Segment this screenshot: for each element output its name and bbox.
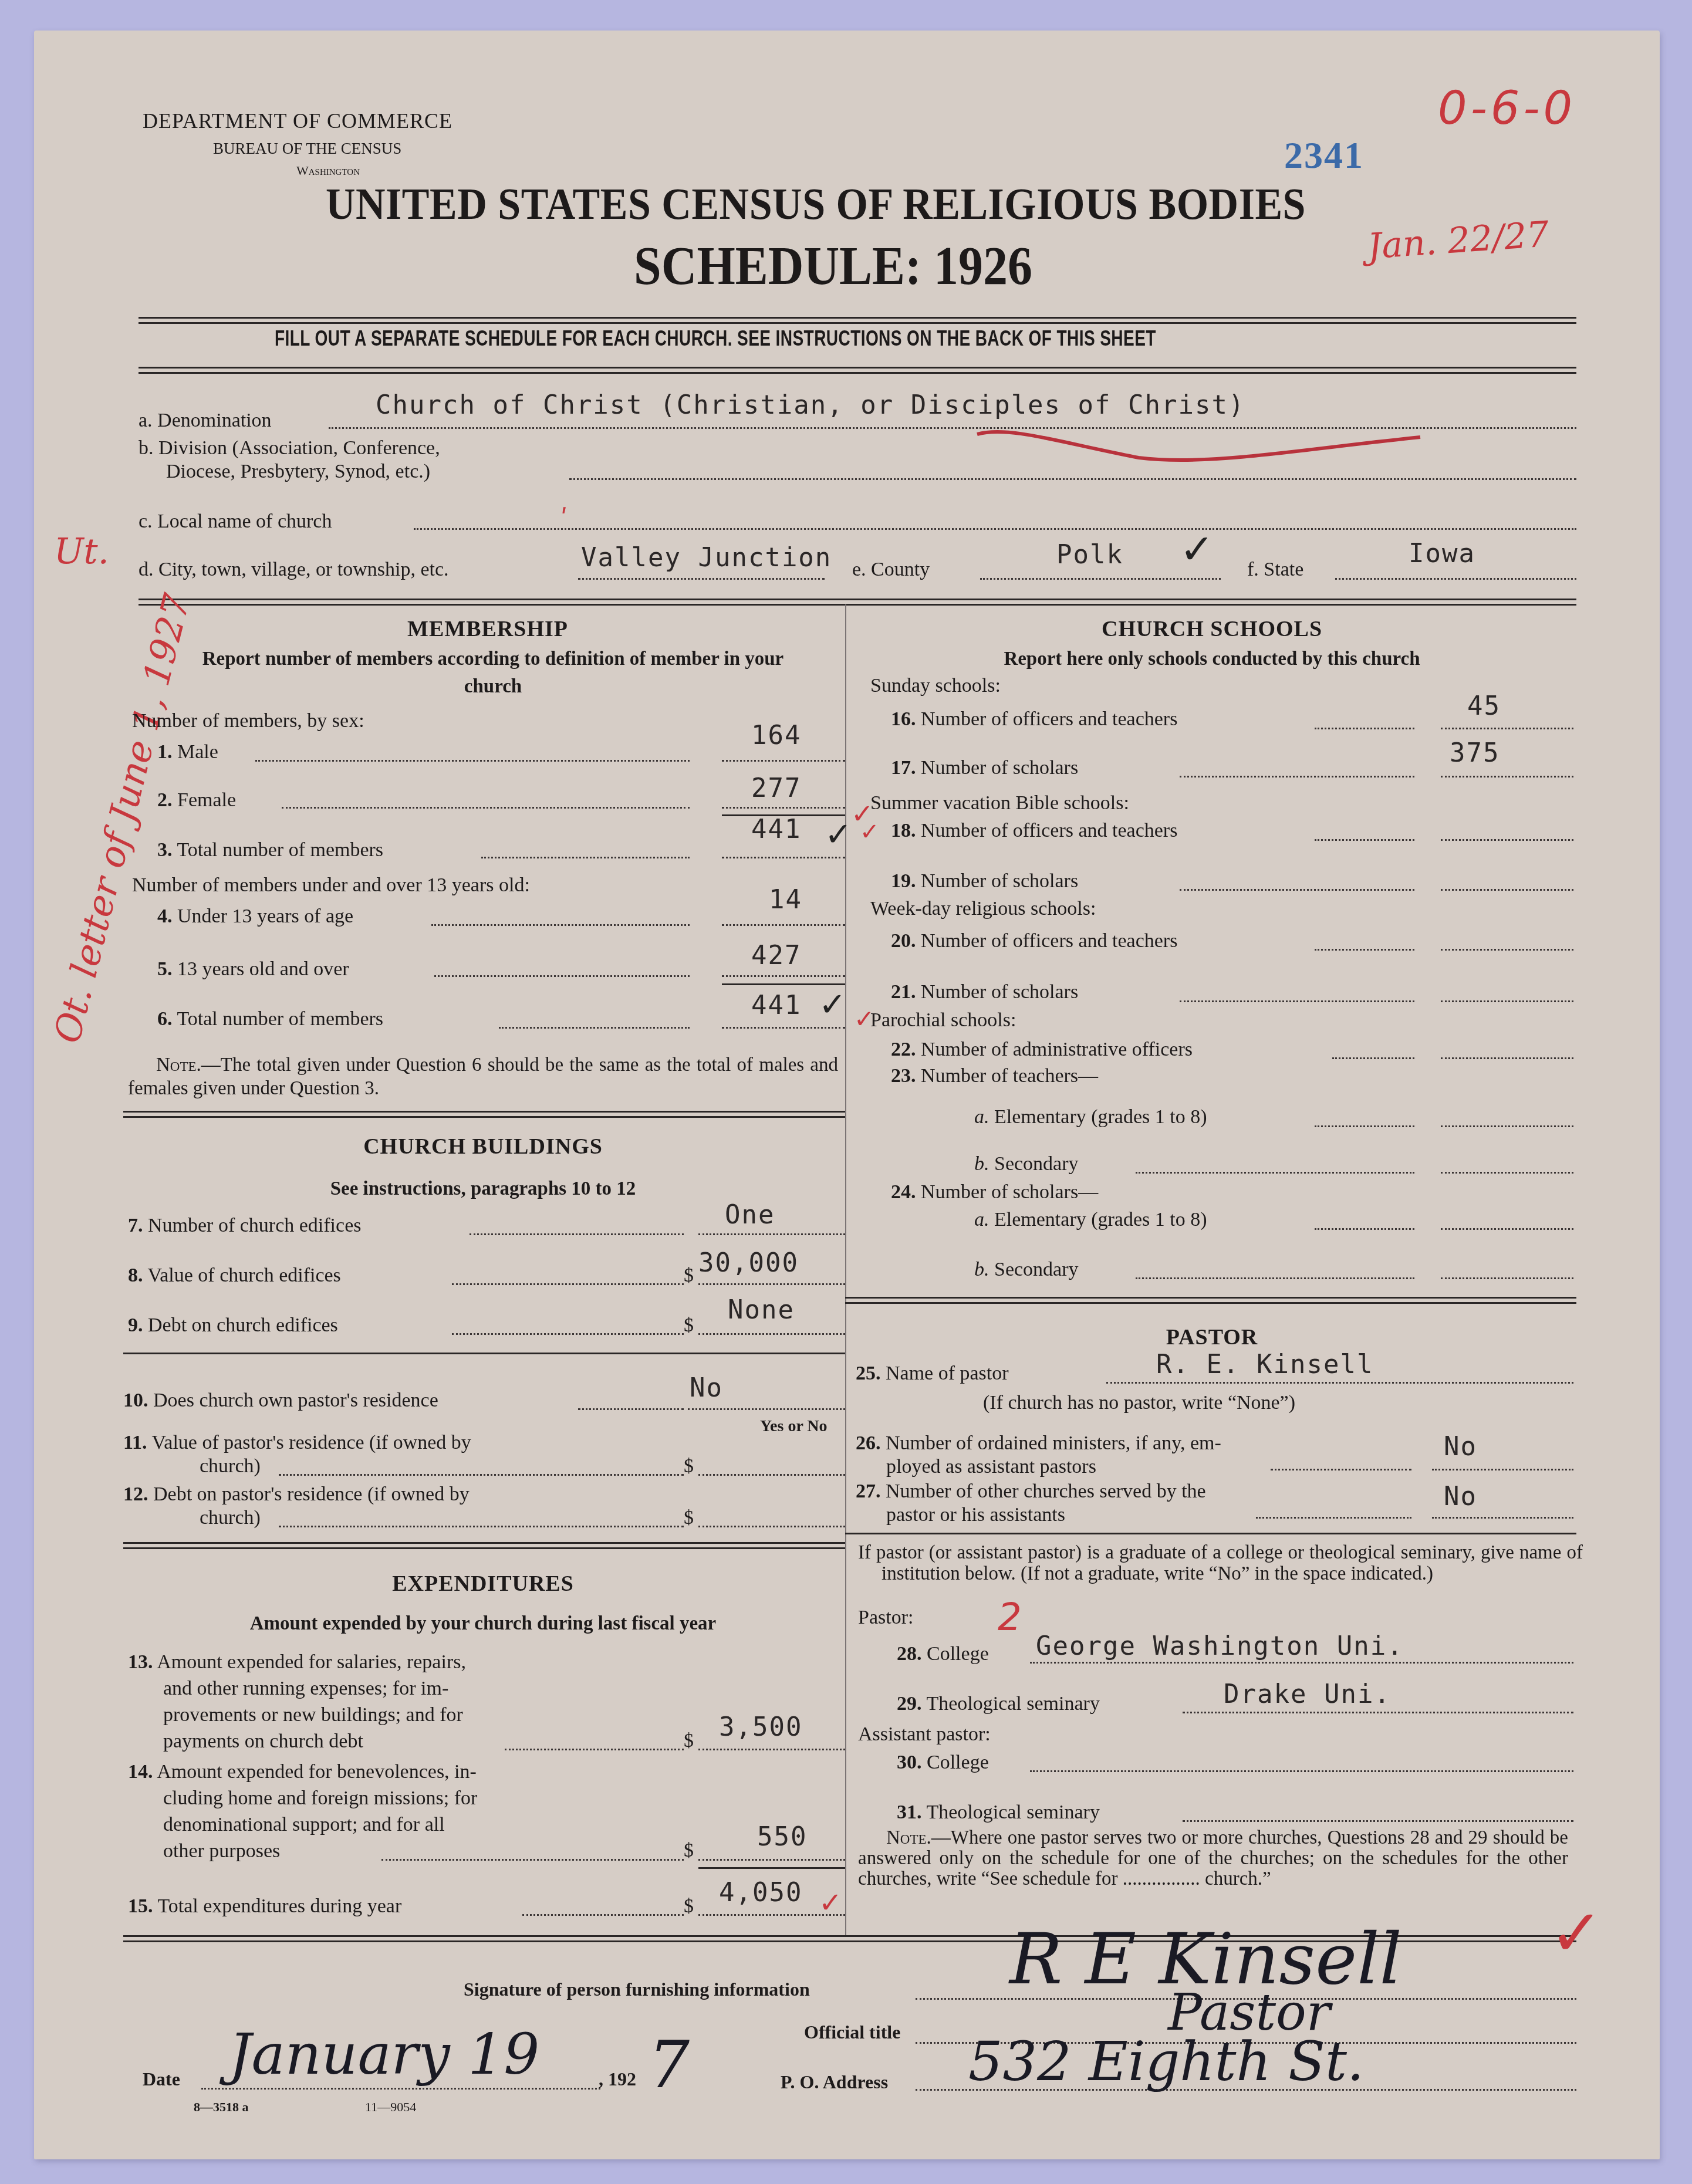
- schedule-year: SCHEDULE: 1926: [634, 235, 1032, 297]
- under-13-field[interactable]: 14: [769, 885, 802, 915]
- q5-num: 5.: [157, 958, 173, 980]
- q5-leader: [434, 975, 690, 977]
- pastor-title: PASTOR: [848, 1324, 1576, 1350]
- q24a-num: a.: [974, 1209, 989, 1230]
- sunday-schools-label: Sunday schools:: [870, 675, 1001, 697]
- form-title: UNITED STATES CENSUS OF RELIGIOUS BODIES: [326, 179, 1306, 231]
- q1-label: Male: [177, 741, 218, 763]
- edifice-debt-field[interactable]: None: [728, 1295, 795, 1325]
- q21-leader: [1180, 1000, 1414, 1002]
- q28-label: College: [927, 1643, 989, 1665]
- q24a-leader: [1315, 1228, 1414, 1230]
- q14-label: 14. Amount expended for benevolences, in…: [128, 1759, 477, 1864]
- q17-label: Number of scholars: [921, 757, 1078, 779]
- margin-code-annotation: Ut.: [54, 531, 109, 572]
- buildings-divider: [123, 1542, 845, 1549]
- summer-teachers-field[interactable]: [1441, 839, 1573, 841]
- red-code-annotation: 0-6-0: [1438, 82, 1576, 135]
- q23a-num: a.: [974, 1106, 989, 1128]
- denomination-field[interactable]: Church of Christ (Christian, or Disciple…: [376, 390, 1245, 420]
- q4-num: 4.: [157, 905, 173, 927]
- q15-num: 15.: [128, 1895, 153, 1917]
- q14-line3: denominational support; and for all: [128, 1814, 445, 1835]
- dollar-sign: $: [684, 1455, 694, 1478]
- by-age-label: Number of members under and over 13 year…: [132, 874, 530, 897]
- q20-label: Number of officers and teachers: [921, 930, 1177, 952]
- q30-label: College: [927, 1752, 989, 1773]
- dollar-sign: $: [684, 1895, 694, 1918]
- q7-line: [698, 1233, 845, 1235]
- q16-num: 16.: [891, 708, 916, 730]
- edifice-value-field[interactable]: 30,000: [698, 1248, 799, 1278]
- edifice-count-field[interactable]: One: [725, 1200, 775, 1230]
- q4-line: [722, 924, 845, 926]
- q23b-label: Secondary: [994, 1153, 1079, 1175]
- red-tick-icon: ✓: [851, 798, 874, 830]
- q27-leader: [1256, 1517, 1411, 1519]
- church-buildings-subtitle: See instructions, paragraphs 10 to 12: [128, 1175, 838, 1203]
- q7-label: Number of church edifices: [148, 1215, 361, 1236]
- year-prefix: , 192: [599, 2068, 636, 2090]
- q27-num: 27.: [856, 1480, 881, 1502]
- q14-num: 14.: [128, 1761, 153, 1783]
- q7-num: 7.: [128, 1215, 143, 1236]
- denomination-label: a. Denomination: [139, 410, 272, 432]
- q11-label: Value of pastor's residence (if owned by: [152, 1432, 471, 1453]
- q15-label: Total expenditures during year: [157, 1895, 401, 1917]
- q19-label: Number of scholars: [921, 870, 1078, 892]
- q13-leader: [505, 1749, 684, 1750]
- q23b-num: b.: [974, 1153, 989, 1175]
- running-expenses-field[interactable]: 3,500: [719, 1712, 802, 1742]
- q24-num: 24.: [891, 1181, 916, 1203]
- instructions-banner: FILL OUT A SEPARATE SCHEDULE FOR EACH CH…: [275, 326, 1156, 351]
- date-label: Date: [143, 2068, 180, 2090]
- q18-num: 18.: [891, 820, 916, 841]
- church-schools-subtitle: Report here only schools conducted by th…: [848, 645, 1576, 673]
- dollar-sign: $: [684, 1840, 694, 1862]
- other-churches-field[interactable]: No: [1444, 1482, 1477, 1512]
- q20-num: 20.: [891, 930, 916, 952]
- q13-line1: Amount expended for salaries, repairs,: [157, 1651, 466, 1673]
- division-label-line2: Diocese, Presbytery, Synod, etc.): [166, 461, 430, 483]
- q14-line4: other purposes: [128, 1840, 280, 1862]
- year-field[interactable]: 7: [649, 2027, 690, 2102]
- dollar-sign: $: [684, 1265, 694, 1287]
- q13-line3: provements or new buildings; and for: [128, 1704, 463, 1726]
- q16-leader: [1315, 728, 1414, 729]
- red-tick-icon: ✓: [854, 1005, 874, 1033]
- department-name: DEPARTMENT OF COMMERCE: [143, 109, 452, 133]
- total-members-field[interactable]: 441: [751, 814, 801, 844]
- pastor-college-field[interactable]: George Washington Uni.: [1036, 1631, 1404, 1661]
- q12-label-line2: church): [200, 1507, 261, 1529]
- city-label: d. City, town, village, or township, etc…: [139, 559, 449, 581]
- official-title-label: Official title: [804, 2021, 900, 2043]
- q8-leader: [452, 1283, 684, 1285]
- q26-leader: [1271, 1469, 1411, 1470]
- q2-line: [722, 807, 845, 809]
- q6-label: Total number of members: [177, 1008, 383, 1030]
- pastor-note: Note.—Where one pastor serves two or mor…: [858, 1828, 1568, 1889]
- county-line: [980, 578, 1221, 580]
- q22-leader: [1332, 1057, 1414, 1059]
- church-schools-title: CHURCH SCHOOLS: [848, 616, 1576, 642]
- q14-line: [698, 1859, 845, 1861]
- q14-line2: cluding home and foreign missions; for: [128, 1787, 477, 1809]
- q13-line2: and other running expenses; for im-: [128, 1678, 448, 1699]
- q29-line: [1183, 1712, 1573, 1713]
- column-divider: [845, 604, 846, 1936]
- q31-label: Theological seminary: [926, 1801, 1100, 1823]
- state-field[interactable]: Iowa: [1409, 539, 1475, 569]
- q27-line: [1432, 1517, 1573, 1519]
- q2-num: 2.: [157, 789, 173, 811]
- q9-label: Debt on church edifices: [148, 1314, 338, 1336]
- secondary-scholars-field[interactable]: [1441, 1277, 1573, 1279]
- date-field[interactable]: January 19: [229, 2021, 539, 2087]
- q13-line4: payments on church debt: [128, 1730, 363, 1752]
- membership-title: MEMBERSHIP: [139, 616, 837, 642]
- q26-line: [1432, 1469, 1573, 1470]
- date-line: [201, 2088, 600, 2090]
- banner-divider: [139, 367, 1576, 374]
- q23-label: Number of teachers—: [921, 1065, 1098, 1087]
- state-line: [1335, 578, 1576, 580]
- address-field[interactable]: 532 Eighth St.: [968, 2030, 1364, 2093]
- q24b-num: b.: [974, 1259, 989, 1280]
- buildings-subdivider: [123, 1353, 845, 1354]
- q25-label: Name of pastor: [886, 1363, 1009, 1384]
- q1-leader: [255, 760, 690, 762]
- q10-leader: [578, 1408, 684, 1410]
- q14-sum-rule: [698, 1867, 845, 1869]
- q23a-label: Elementary (grades 1 to 8): [994, 1106, 1207, 1128]
- q2-leader: [282, 807, 690, 809]
- q16-line: [1441, 728, 1573, 729]
- q8-label: Value of church edifices: [147, 1265, 340, 1286]
- q7-leader: [470, 1233, 684, 1235]
- pastor-name-hint: (If church has no pastor, write “None”): [983, 1392, 1295, 1414]
- q6-num: 6.: [157, 1008, 173, 1030]
- weekday-scholars-field[interactable]: [1441, 1000, 1573, 1002]
- q24-label: Number of scholars—: [921, 1181, 1098, 1203]
- q6-line: [722, 1027, 845, 1029]
- sunday-scholars-field[interactable]: 375: [1450, 738, 1500, 768]
- red-annotation-mark: 2: [998, 1596, 1022, 1639]
- q2-label: Female: [177, 789, 236, 811]
- q11-num: 11.: [123, 1432, 147, 1453]
- yes-or-no-hint: Yes or No: [760, 1417, 828, 1436]
- county-label: e. County: [852, 559, 930, 581]
- by-sex-label: Number of members, by sex:: [132, 710, 364, 732]
- form-number: 8—3518 a: [194, 2100, 249, 2115]
- red-underline-mark: [974, 425, 1432, 466]
- q14-leader: [381, 1859, 684, 1861]
- residence-debt-field[interactable]: [698, 1526, 845, 1527]
- red-tick-icon: ✓: [819, 1887, 842, 1919]
- residence-value-field[interactable]: [698, 1474, 845, 1476]
- admin-officers-field[interactable]: [1441, 1057, 1573, 1059]
- sunday-teachers-field[interactable]: 45: [1467, 691, 1501, 721]
- q20-leader: [1315, 949, 1414, 951]
- q19-leader: [1180, 889, 1414, 891]
- expenditures-subtitle: Amount expended by your church during la…: [128, 1610, 838, 1638]
- q27-label: Number of other churches served by the: [886, 1480, 1206, 1502]
- checkmark-icon: ✓: [1180, 525, 1214, 573]
- q17-leader: [1180, 776, 1414, 777]
- church-buildings-title: CHURCH BUILDINGS: [128, 1134, 838, 1159]
- total-expenditures-field[interactable]: 4,050: [719, 1878, 802, 1908]
- q10-num: 10.: [123, 1389, 148, 1411]
- q3-label: Total number of members: [177, 839, 383, 861]
- q23a-leader: [1315, 1125, 1414, 1127]
- q17-line: [1441, 776, 1573, 777]
- schools-divider: [845, 1297, 1576, 1304]
- q15-leader: [522, 1914, 684, 1916]
- q8-num: 8.: [128, 1265, 143, 1286]
- q5-line: [722, 975, 845, 977]
- q12-num: 12.: [123, 1483, 148, 1505]
- q9-line: [698, 1333, 845, 1335]
- pastor-subdivider: [845, 1533, 1576, 1534]
- city-line: [578, 578, 825, 580]
- q28-line: [1030, 1662, 1573, 1664]
- q19-num: 19.: [891, 870, 916, 892]
- q21-num: 21.: [891, 981, 916, 1003]
- q13-num: 13.: [128, 1651, 153, 1673]
- assistant-ministers-field[interactable]: No: [1444, 1432, 1477, 1462]
- city-field[interactable]: Valley Junction: [581, 543, 832, 573]
- q22-num: 22.: [891, 1039, 916, 1060]
- q8-line: [698, 1283, 845, 1285]
- county-field[interactable]: Polk: [1056, 540, 1123, 570]
- assistant-seminary-field[interactable]: [1183, 1820, 1573, 1822]
- local-name-field[interactable]: [414, 528, 1576, 530]
- stamp-number: 2341: [1284, 134, 1364, 177]
- assistant-subsection-label: Assistant pastor:: [858, 1723, 991, 1746]
- pastor-seminary-field[interactable]: Drake Uni.: [1224, 1679, 1391, 1709]
- over-13-field[interactable]: 427: [751, 941, 801, 971]
- q1-line: [722, 760, 845, 762]
- dollar-sign: $: [684, 1314, 694, 1337]
- membership-divider: [123, 1111, 845, 1118]
- q23-num: 23.: [891, 1065, 916, 1087]
- checkmark-icon: ✓: [819, 986, 846, 1024]
- membership-note: Note.—The total given under Question 6 s…: [128, 1053, 838, 1100]
- assistant-college-field[interactable]: [1030, 1770, 1573, 1772]
- q10-line: [688, 1408, 845, 1410]
- graduate-instructions: If pastor (or assistant pastor) is a gra…: [858, 1542, 1583, 1584]
- q13-label: 13. Amount expended for salaries, repair…: [128, 1649, 466, 1754]
- secondary-teachers-field[interactable]: [1441, 1172, 1573, 1174]
- q21-label: Number of scholars: [921, 981, 1078, 1003]
- dollar-sign: $: [684, 1507, 694, 1529]
- benevolences-field[interactable]: 550: [757, 1822, 807, 1852]
- red-checkmark-icon: ✓: [1549, 1895, 1603, 1970]
- q27-label-line2: pastor or his assistants: [856, 1504, 1065, 1526]
- q18-leader: [1315, 839, 1414, 841]
- q6-leader: [499, 1027, 690, 1029]
- weekday-schools-label: Week-day religious schools:: [870, 898, 1096, 920]
- q23b-leader: [1136, 1172, 1414, 1174]
- total-members-age-field[interactable]: 441: [751, 990, 801, 1020]
- dollar-sign: $: [684, 1730, 694, 1752]
- q24b-leader: [1136, 1277, 1414, 1279]
- division-field[interactable]: [569, 478, 1576, 480]
- q10-label: Does church own pastor's residence: [153, 1389, 438, 1411]
- address-label: P. O. Address: [781, 2071, 888, 2093]
- female-members-field[interactable]: 277: [751, 773, 801, 803]
- q24a-label: Elementary (grades 1 to 8): [994, 1209, 1207, 1230]
- q22-label: Number of administrative officers: [921, 1039, 1193, 1060]
- q3-line: [722, 857, 845, 858]
- red-tick-icon: ʹ: [560, 505, 568, 535]
- summer-scholars-field[interactable]: [1441, 889, 1573, 891]
- elementary-scholars-field[interactable]: [1441, 1228, 1573, 1230]
- q28-num: 28.: [897, 1643, 922, 1665]
- q4-label: Under 13 years of age: [177, 905, 353, 927]
- bureau-name: BUREAU OF THE CENSUS: [213, 140, 401, 158]
- q11-label-line2: church): [200, 1455, 261, 1478]
- q12-leader: [279, 1526, 684, 1527]
- division-label-line1: b. Division (Association, Conference,: [139, 437, 440, 459]
- weekday-teachers-field[interactable]: [1441, 949, 1573, 951]
- q9-leader: [452, 1333, 684, 1335]
- q31-num: 31.: [897, 1801, 922, 1823]
- header-divider: [139, 317, 1576, 324]
- q26-num: 26.: [856, 1432, 881, 1454]
- q17-num: 17.: [891, 757, 916, 779]
- state-label: f. State: [1247, 559, 1303, 581]
- parochial-schools-label: Parochial schools:: [870, 1009, 1016, 1032]
- q11-leader: [279, 1474, 684, 1476]
- q4-leader: [431, 924, 690, 926]
- signature-label: Signature of person furnishing informati…: [464, 1979, 810, 2000]
- q12-label: Debt on pastor's residence (if owned by: [153, 1483, 470, 1505]
- q25-num: 25.: [856, 1363, 881, 1384]
- bureau-city: Washington: [296, 163, 360, 178]
- membership-subtitle: Report number of members according to de…: [176, 645, 810, 701]
- q13-line: [698, 1749, 845, 1750]
- q30-num: 30.: [897, 1752, 922, 1773]
- checkmark-icon: ✓: [825, 816, 852, 854]
- q3-num: 3.: [157, 839, 173, 861]
- q26-label: Number of ordained ministers, if any, em…: [886, 1432, 1221, 1454]
- q18-label: Number of officers and teachers: [921, 820, 1177, 841]
- expenditures-title: EXPENDITURES: [128, 1571, 838, 1597]
- q3-leader: [481, 857, 690, 858]
- q1-num: 1.: [157, 741, 173, 763]
- q9-num: 9.: [128, 1314, 143, 1336]
- identification-divider: [139, 599, 1576, 606]
- q5-sum-rule: [722, 983, 845, 985]
- local-name-label: c. Local name of church: [139, 510, 332, 533]
- summer-schools-label: Summer vacation Bible schools:: [870, 792, 1129, 814]
- owns-residence-field[interactable]: No: [690, 1373, 723, 1403]
- pastor-subsection-label: Pastor:: [858, 1607, 913, 1629]
- q29-label: Theological seminary: [926, 1693, 1100, 1715]
- q25-line: [1106, 1382, 1573, 1384]
- male-members-field[interactable]: 164: [751, 721, 801, 750]
- elementary-teachers-field[interactable]: [1441, 1125, 1573, 1127]
- q26-label-line2: ployed as assistant pastors: [856, 1456, 1096, 1478]
- q24b-label: Secondary: [994, 1259, 1079, 1280]
- q5-label: 13 years old and over: [177, 958, 349, 980]
- q14-line1: Amount expended for benevolences, in-: [157, 1761, 477, 1783]
- pastor-name-field[interactable]: R. E. Kinsell: [1156, 1350, 1373, 1380]
- q16-label: Number of officers and teachers: [921, 708, 1177, 730]
- q29-num: 29.: [897, 1693, 922, 1715]
- print-number: 11—9054: [365, 2100, 416, 2115]
